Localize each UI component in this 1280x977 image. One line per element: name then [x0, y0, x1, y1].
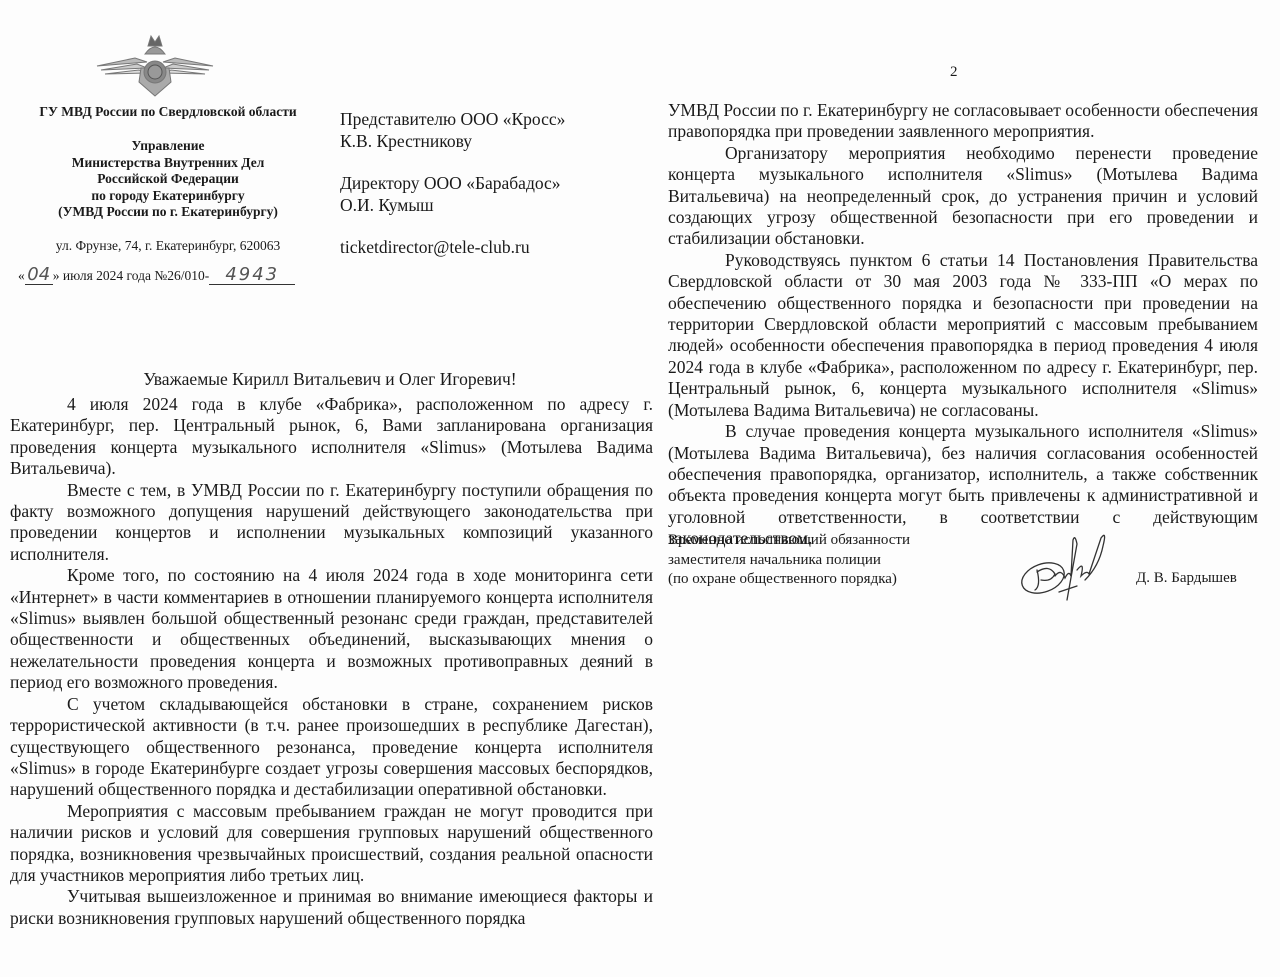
paragraph-continuation: УМВД России по г. Екатеринбургу не согла…	[668, 100, 1258, 143]
recipient-name: О.И. Кумыш	[340, 194, 561, 216]
title-line: заместителя начальника полиции	[668, 551, 910, 571]
paragraph: Организатору мероприятия необходимо пере…	[668, 143, 1258, 250]
org-line: (УМВД России по г. Екатеринбургу)	[20, 204, 316, 221]
parent-organization: ГУ МВД России по Свердловской области	[20, 104, 316, 121]
paragraph: 4 июля 2024 года в клубе «Фабрика», расп…	[10, 394, 653, 480]
recipient-position: Представителю ООО «Кросс»	[340, 108, 565, 130]
signatory-title: Временно исполняющий обязанности замести…	[668, 531, 910, 590]
page2-body: УМВД России по г. Екатеринбургу не согла…	[668, 100, 1258, 550]
paragraph: Мероприятия с массовым пребыванием гражд…	[10, 801, 653, 887]
reg-date-number: » июля 2024 года №26/010-	[53, 268, 209, 283]
paragraph: Кроме того, по состоянию на 4 июля 2024 …	[10, 565, 653, 693]
recipient-barabados: Директору ООО «Барабадос» О.И. Кумыш	[340, 172, 561, 216]
handwritten-reg-number: 4943	[209, 266, 295, 285]
issuing-organization: Управление Министерства Внутренних Дел Р…	[20, 138, 316, 221]
org-line: Министерства Внутренних Дел	[20, 155, 316, 172]
handwritten-day: 04	[25, 266, 53, 285]
org-line: Российской Федерации	[20, 171, 316, 188]
org-line: по городу Екатеринбургу	[20, 188, 316, 205]
recipient-name: К.В. Крестникову	[340, 130, 565, 152]
title-line: Временно исполняющий обязанности	[668, 531, 910, 551]
paragraph: Учитывая вышеизложенное и принимая во вн…	[10, 886, 653, 929]
open-quote: «	[18, 268, 25, 283]
recipient-position: Директору ООО «Барабадос»	[340, 172, 561, 194]
title-line: (по охране общественного порядка)	[668, 570, 910, 590]
org-address: ул. Фрунзе, 74, г. Екатеринбург, 620063	[20, 238, 316, 254]
org-line: Управление	[20, 138, 316, 155]
mvd-emblem-icon	[95, 32, 215, 100]
paragraph: Руководствуясь пунктом 6 статьи 14 Поста…	[668, 250, 1258, 421]
paragraph: Вместе с тем, в УМВД России по г. Екатер…	[10, 480, 653, 566]
page1-body: 4 июля 2024 года в клубе «Фабрика», расп…	[10, 386, 653, 929]
handwritten-signature-icon	[1015, 530, 1115, 604]
paragraph: С учетом складывающейся обстановки в стр…	[10, 694, 653, 801]
recipient-email: ticketdirector@tele-club.ru	[340, 236, 530, 258]
recipient-kross: Представителю ООО «Кросс» К.В. Крестнико…	[340, 108, 565, 152]
page-number: 2	[950, 64, 958, 81]
registration-line: «04» июля 2024 года №26/010-4943	[18, 266, 295, 285]
signatory-name: Д. В. Бардышев	[1136, 570, 1237, 587]
